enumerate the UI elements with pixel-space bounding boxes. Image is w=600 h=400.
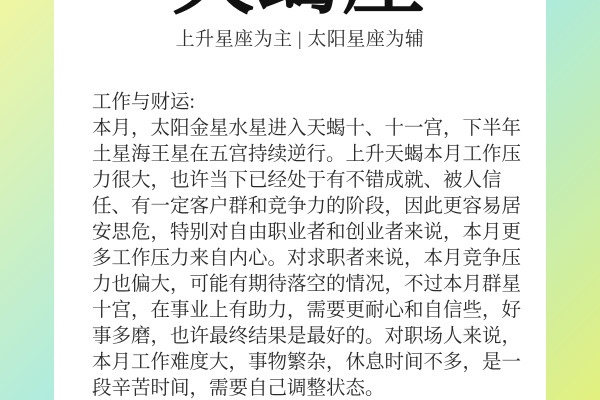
- page-title: 天蝎座: [54, 0, 546, 20]
- body-text-line: 十宫，在事业上有助力，需要更耐心和自信些，好: [92, 298, 528, 324]
- body-text-line: 任、有一定客户群和竞争力的阶段，因此更容易居: [92, 194, 528, 220]
- body-text-line: 本月工作难度大，事物繁杂，休息时间不多，是一: [92, 350, 528, 376]
- body-text-line: 多工作压力来自内心。对求职者来说，本月竞争压: [92, 246, 528, 272]
- gradient-background: 天蝎座 上升星座为主 | 太阳星座为辅 工作与财运: 本月，太阳金星水星进入天蝎…: [0, 0, 600, 400]
- body-text-line: 本月，太阳金星水星进入天蝎十、十一宫，下半年: [92, 116, 528, 142]
- content-card: 天蝎座 上升星座为主 | 太阳星座为辅 工作与财运: 本月，太阳金星水星进入天蝎…: [54, 0, 546, 400]
- body-text-line: 力也偏大，可能有期待落空的情况，不过本月群星: [92, 272, 528, 298]
- body-text-line: 事多磨，也许最终结果是最好的。对职场人来说，: [92, 324, 528, 350]
- body-text-line: 段辛苦时间，需要自己调整状态。: [92, 376, 528, 400]
- body-text-line: 力很大，也许当下已经处于有不错成就、被人信: [92, 168, 528, 194]
- page-subtitle: 上升星座为主 | 太阳星座为辅: [54, 28, 546, 52]
- body-text-line: 土星海王星在五宫持续逆行。上升天蝎本月工作压: [92, 142, 528, 168]
- article-body: 工作与财运: 本月，太阳金星水星进入天蝎十、十一宫，下半年土星海王星在五宫持续逆…: [92, 90, 528, 400]
- section-heading: 工作与财运:: [92, 90, 528, 116]
- body-text-line: 安思危，特别对自由职业者和创业者来说，本月更: [92, 220, 528, 246]
- body-paragraph: 本月，太阳金星水星进入天蝎十、十一宫，下半年土星海王星在五宫持续逆行。上升天蝎本…: [92, 116, 528, 400]
